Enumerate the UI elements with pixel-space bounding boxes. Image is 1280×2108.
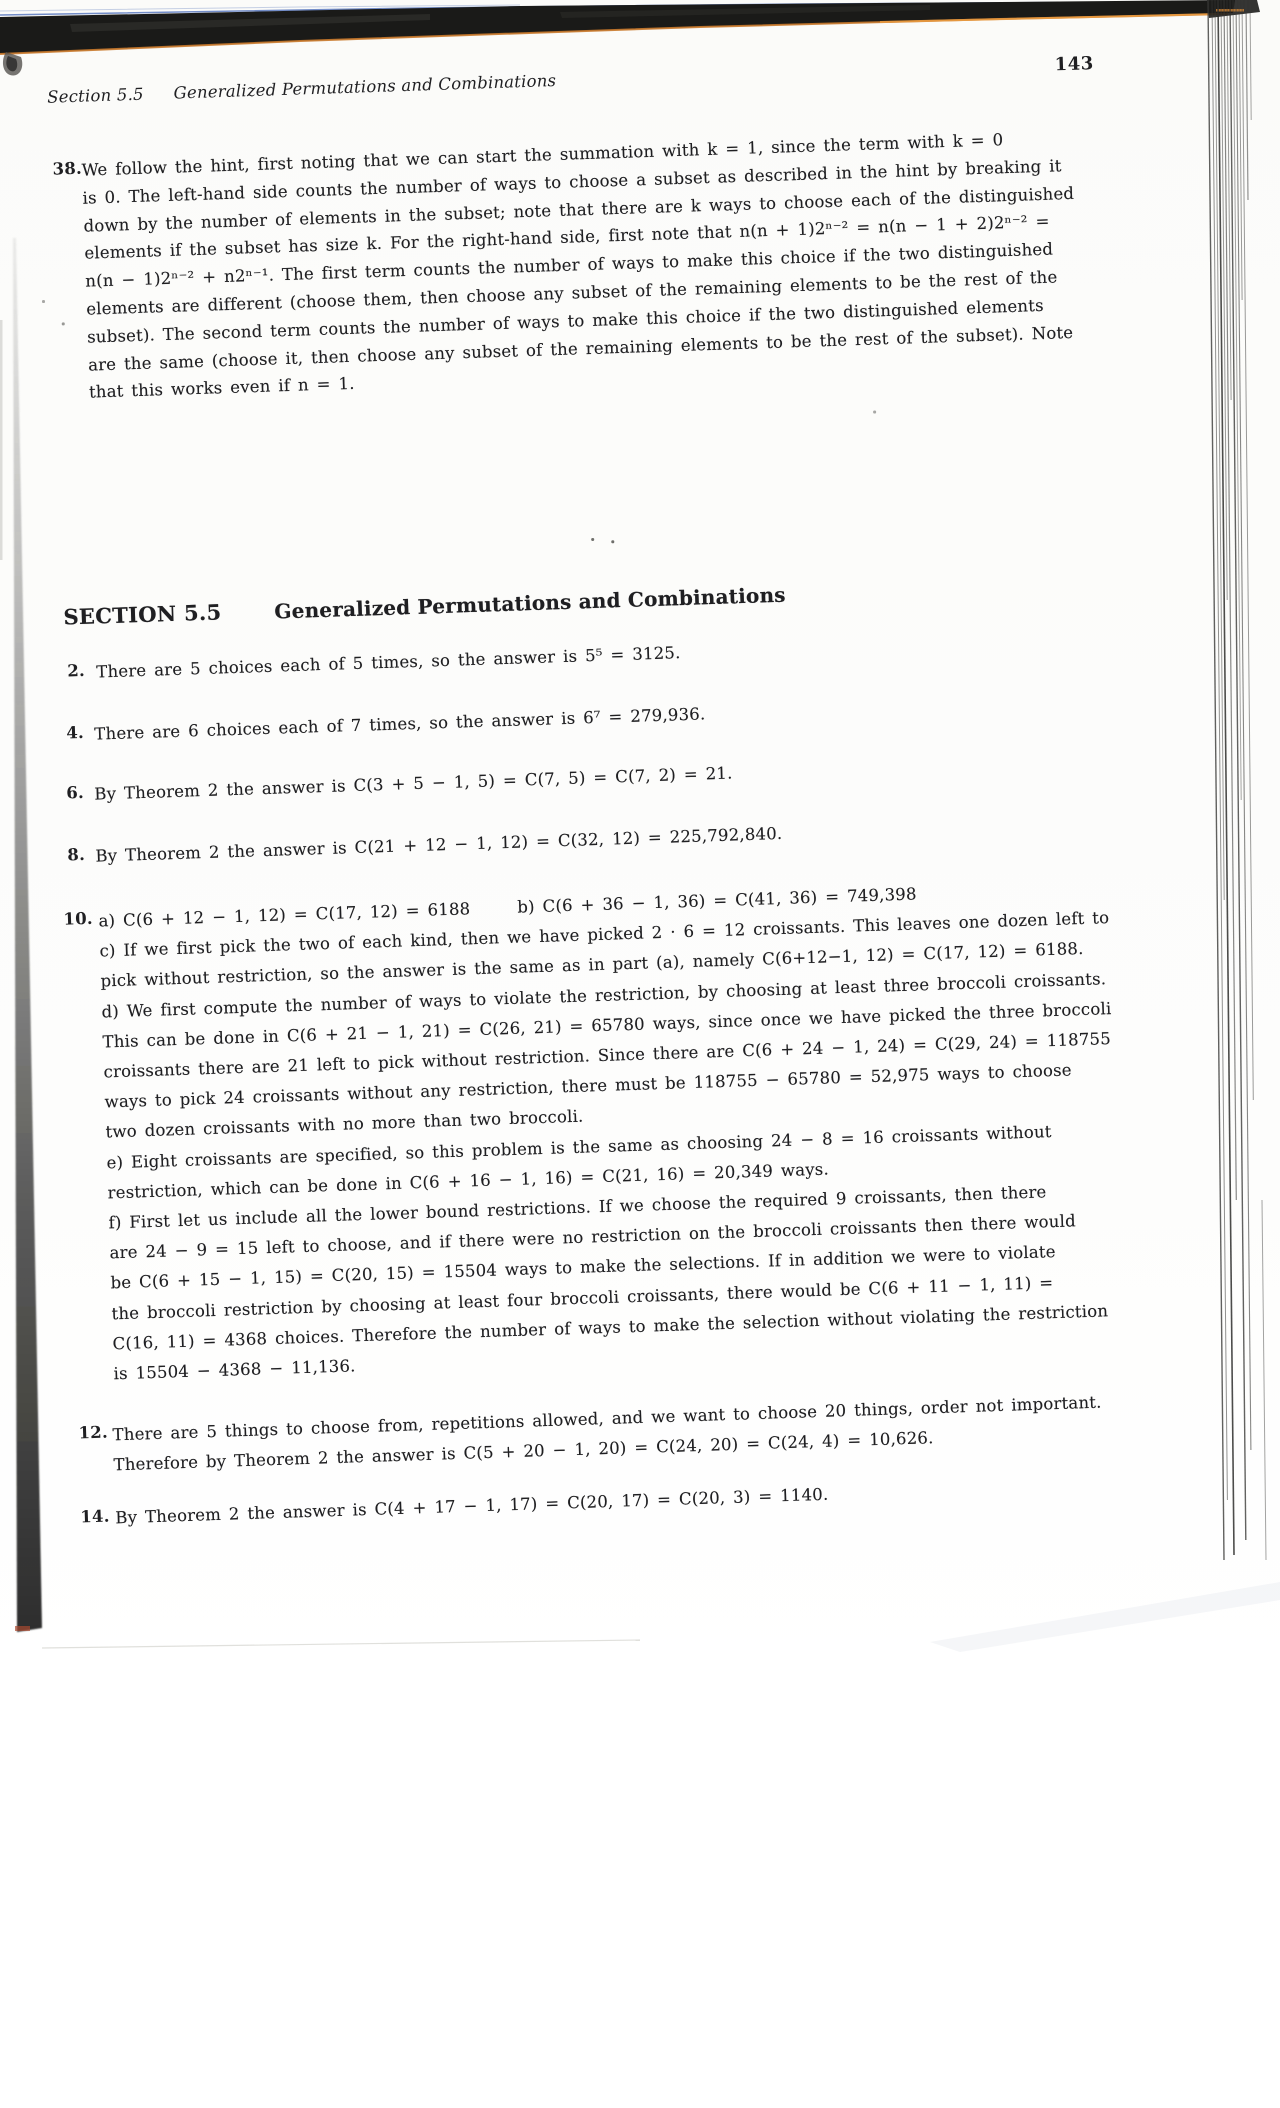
problem-14: 14. By Theorem 2 the answer is C(4 + 17 …	[115, 1481, 829, 1532]
problem-12: 12. There are 5 things to choose from, r…	[112, 1385, 1188, 1481]
problem-2-line: There are 5 choices each of 5 times, so …	[96, 639, 681, 686]
page-number: 143	[1054, 53, 1094, 75]
problem-38: 38. We follow the hint, first noting tha…	[81, 121, 1164, 407]
problem-14-line: By Theorem 2 the answer is C(4 + 17 − 1,…	[115, 1481, 829, 1532]
running-header: Section 5.5Generalized Permutations and …	[47, 71, 557, 107]
problem-12-number: 12.	[78, 1423, 108, 1443]
scan-speck	[591, 538, 594, 541]
section-heading-title: Generalized Permutations and Combination…	[274, 583, 786, 624]
section-heading-label: SECTION 5.5	[63, 599, 222, 629]
problem-6: 6. By Theorem 2 the answer is C(3 + 5 − …	[94, 759, 733, 808]
scan-speck	[62, 322, 65, 325]
problem-8: 8. By Theorem 2 the answer is C(21 + 12 …	[95, 820, 783, 871]
problem-4-number: 4.	[66, 723, 84, 743]
scan-left-stripe	[0, 320, 3, 560]
problem-2: 2. There are 5 choices each of 5 times, …	[96, 639, 681, 686]
scan-speck	[42, 300, 45, 303]
problem-10-number: 10.	[63, 909, 93, 929]
problem-2-number: 2.	[67, 661, 85, 681]
problem-4-line: There are 6 choices each of 7 times, so …	[94, 700, 706, 748]
page-content: Section 5.5Generalized Permutations and …	[40, 0, 1280, 1699]
problem-38-number: 38.	[52, 159, 82, 179]
problem-6-number: 6.	[66, 783, 84, 803]
problem-6-line: By Theorem 2 the answer is C(3 + 5 − 1, …	[94, 759, 733, 808]
section-heading: SECTION 5.5 Generalized Permutations and…	[63, 599, 222, 629]
gutter-shadow-band	[13, 238, 42, 1632]
problem-8-line: By Theorem 2 the answer is C(21 + 12 − 1…	[95, 820, 783, 871]
scan-speck	[611, 540, 614, 543]
problem-10: 10. a) C(6 + 12 − 1, 12) = C(17, 12) = 6…	[98, 871, 1188, 1390]
problem-14-number: 14.	[80, 1507, 110, 1527]
problem-4: 4. There are 6 choices each of 7 times, …	[94, 700, 706, 748]
running-header-section: Section 5.5	[47, 85, 144, 107]
problem-8-number: 8.	[67, 845, 85, 865]
running-header-title: Generalized Permutations and Combination…	[173, 71, 556, 103]
scan-speck	[873, 411, 876, 414]
scanned-book-page: Section 5.5Generalized Permutations and …	[0, 0, 1280, 2108]
